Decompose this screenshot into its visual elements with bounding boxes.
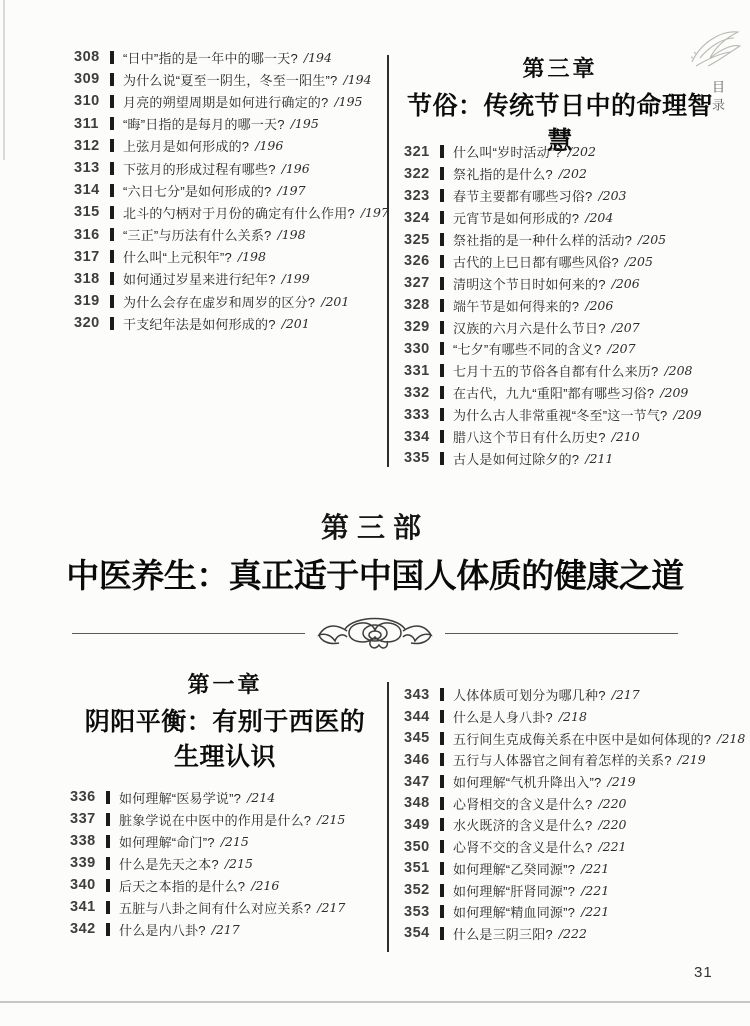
toc-item: 308 “日中”指的是一年中的哪一天? /194 [74, 46, 389, 68]
item-number: 330 [404, 341, 435, 357]
toc-item: 317 什么叫“上元积年”? /198 [74, 246, 389, 268]
item-number: 325 [404, 232, 435, 248]
item-page-ref: /201 [282, 316, 310, 331]
toc-item: 345 五行间生克成侮关系在中医中是如何体现的? /218 [404, 727, 745, 749]
toc-item: 349 水火既济的含义是什么? /220 [404, 814, 745, 836]
item-number: 342 [70, 921, 101, 937]
item-question: 五行与人体器官之间有着怎样的关系? [453, 750, 672, 769]
toc-item: 336 如何理解“医易学说”? /214 [70, 786, 345, 808]
separator-bar-icon [440, 167, 444, 180]
toc-item: 353 如何理解“精血同源”? /221 [404, 901, 745, 923]
item-page-ref: /199 [282, 271, 310, 286]
toc-item: 311 “晦”日指的是每月的哪一天? /195 [74, 113, 389, 135]
item-page-ref: /217 [612, 687, 640, 702]
item-number: 347 [404, 774, 435, 790]
item-question: 月亮的朔望周期是如何进行确定的? [123, 92, 328, 111]
toc-item: 320 干支纪年法是如何形成的? /201 [74, 312, 389, 334]
item-question: 后天之本指的是什么? [119, 876, 245, 895]
toc-item: 352 如何理解“肝肾同源”? /221 [404, 879, 745, 901]
separator-bar-icon [110, 139, 114, 152]
toc-item: 354 什么是三阴三阳? /222 [404, 923, 745, 945]
item-page-ref: /221 [581, 861, 609, 876]
item-number: 308 [74, 49, 105, 65]
separator-bar-icon [440, 797, 444, 810]
item-page-ref: /217 [212, 922, 240, 937]
item-page-ref: /195 [291, 116, 319, 131]
item-question: 什么是人身八卦? [453, 707, 553, 726]
separator-bar-icon [106, 835, 110, 848]
item-number: 318 [74, 271, 105, 287]
toc-item: 321 什么叫“岁时活动”? /202 [404, 141, 702, 163]
item-question: 如何理解“肝肾同源”? [453, 881, 575, 900]
separator-bar-icon [440, 710, 444, 723]
item-number: 309 [74, 71, 105, 87]
item-number: 323 [404, 188, 435, 204]
item-page-ref: /206 [612, 276, 640, 291]
item-question: 如何理解“气机升降出入”? [453, 772, 602, 791]
item-page-ref: /201 [321, 294, 349, 309]
item-number: 341 [70, 899, 101, 915]
item-number: 326 [404, 253, 435, 269]
item-question: 什么是先天之本? [119, 854, 219, 873]
toc-item: 344 什么是人身八卦? /218 [404, 706, 745, 728]
item-number: 317 [74, 249, 105, 265]
chapter3-number: 第三章 [395, 52, 725, 83]
item-question: 北斗的勺柄对于月份的确定有什么作用? [123, 203, 355, 222]
separator-bar-icon [106, 791, 110, 804]
toc-item: 329 汉族的六月六是什么节日? /207 [404, 316, 702, 338]
item-question: 心肾不交的含义是什么? [453, 837, 592, 856]
item-question: 七月十五的节俗各自都有什么来历? [453, 361, 658, 380]
toc-list-336-342: 336 如何理解“医易学说”? /214 337 脏象学说在中医中的作用是什么?… [70, 786, 345, 940]
separator-bar-icon [110, 228, 114, 241]
separator-bar-icon [110, 117, 114, 130]
item-question: “六日七分”是如何形成的? [123, 181, 272, 200]
toc-item: 335 古人是如何过除夕的? /211 [404, 447, 702, 469]
toc-item: 316 “三正”与历法有什么关系? /198 [74, 224, 389, 246]
item-question: 为什么说“夏至一阴生，冬至一阳生”? [123, 70, 338, 89]
separator-bar-icon [440, 452, 444, 465]
part3-title: 中医养生：真正适于中国人体质的健康之道 [0, 550, 750, 597]
toc-item: 331 七月十五的节俗各自都有什么来历? /208 [404, 360, 702, 382]
toc-item: 347 如何理解“气机升降出入”? /219 [404, 771, 745, 793]
separator-bar-icon [110, 73, 114, 86]
item-question: 什么叫“岁时活动”? [453, 142, 562, 161]
separator-bar-icon [440, 386, 444, 399]
item-page-ref: /197 [361, 205, 389, 220]
item-page-ref: /198 [278, 227, 306, 242]
item-page-ref: /202 [568, 144, 596, 159]
item-number: 321 [404, 144, 435, 160]
item-number: 312 [74, 138, 105, 154]
separator-bar-icon [440, 884, 444, 897]
item-question: 清明这个节日时如何来的? [453, 274, 606, 293]
item-number: 340 [70, 877, 101, 893]
separator-bar-icon [106, 879, 110, 892]
divider-line-right [445, 633, 678, 634]
toc-item: 332 在古代，九九“重阳”都有哪些习俗? /209 [404, 382, 702, 404]
toc-item: 330 “七夕”有哪些不同的含义? /207 [404, 338, 702, 360]
item-question: 如何通过岁星来进行纪年? [123, 269, 276, 288]
toc-item: 338 如何理解“命门”? /215 [70, 830, 345, 852]
item-page-ref: /215 [317, 812, 345, 827]
item-page-ref: /220 [598, 796, 626, 811]
item-page-ref: /196 [282, 161, 310, 176]
item-page-ref: /210 [612, 429, 640, 444]
item-number: 320 [74, 315, 105, 331]
separator-bar-icon [440, 408, 444, 421]
separator-bar-icon [110, 95, 114, 108]
item-page-ref: /220 [598, 817, 626, 832]
item-number: 311 [74, 116, 105, 132]
separator-bar-icon [440, 233, 444, 246]
item-question: 春节主要都有哪些习俗? [453, 186, 592, 205]
separator-bar-icon [110, 295, 114, 308]
item-question: 如何理解“精血同源”? [453, 902, 575, 921]
item-question: 腊八这个节日有什么历史? [453, 427, 606, 446]
item-page-ref: /194 [304, 50, 332, 65]
separator-bar-icon [440, 688, 444, 701]
item-number: 337 [70, 811, 101, 827]
toc-item: 324 元宵节是如何形成的? /204 [404, 207, 702, 229]
separator-bar-icon [440, 189, 444, 202]
item-page-ref: /207 [608, 341, 636, 356]
separator-bar-icon [110, 272, 114, 285]
toc-item: 315 北斗的勺柄对于月份的确定有什么作用? /197 [74, 201, 389, 223]
item-page-ref: /214 [247, 790, 275, 805]
knot-ornament-icon [311, 611, 439, 655]
separator-bar-icon [440, 211, 444, 224]
item-question: “日中”指的是一年中的哪一天? [123, 48, 298, 67]
toc-item: 319 为什么会存在虚岁和周岁的区分? /201 [74, 290, 389, 312]
separator-bar-icon [110, 250, 114, 263]
ornament-divider [72, 610, 678, 656]
item-number: 345 [404, 730, 435, 746]
item-page-ref: /206 [585, 298, 613, 313]
toc-item: 342 什么是内八卦? /217 [70, 918, 345, 940]
divider-line-left [72, 633, 305, 634]
item-question: 古人是如何过除夕的? [453, 449, 579, 468]
toc-item: 333 为什么古人非常重视“冬至”这一节气? /209 [404, 404, 702, 426]
item-page-ref: /219 [678, 752, 706, 767]
item-number: 310 [74, 93, 105, 109]
item-number: 338 [70, 833, 101, 849]
toc-item: 348 心肾相交的含义是什么? /220 [404, 792, 745, 814]
item-number: 315 [74, 204, 105, 220]
toc-item: 346 五行与人体器官之间有着怎样的关系? /219 [404, 749, 745, 771]
item-number: 346 [404, 752, 435, 768]
item-page-ref: /202 [559, 166, 587, 181]
item-number: 329 [404, 319, 435, 335]
item-question: 五行间生克成侮关系在中医中是如何体现的? [453, 729, 711, 748]
toc-item: 322 祭礼指的是什么? /202 [404, 163, 702, 185]
item-number: 333 [404, 407, 435, 423]
item-question: 心肾相交的含义是什么? [453, 794, 592, 813]
item-number: 331 [404, 363, 435, 379]
item-page-ref: /219 [608, 774, 636, 789]
toc-item: 339 什么是先天之本? /215 [70, 852, 345, 874]
separator-bar-icon [440, 818, 444, 831]
item-page-ref: /198 [238, 249, 266, 264]
item-page-ref: /222 [559, 926, 587, 941]
separator-bar-icon [440, 840, 444, 853]
item-number: 352 [404, 882, 435, 898]
toc-item: 328 端午节是如何得来的? /206 [404, 294, 702, 316]
item-question: 脏象学说在中医中的作用是什么? [119, 810, 311, 829]
toc-item: 327 清明这个节日时如何来的? /206 [404, 272, 702, 294]
item-number: 354 [404, 925, 435, 941]
separator-bar-icon [106, 901, 110, 914]
item-question: 汉族的六月六是什么节日? [453, 318, 606, 337]
toc-item: 337 脏象学说在中医中的作用是什么? /215 [70, 808, 345, 830]
item-question: 干支纪年法是如何形成的? [123, 314, 276, 333]
chapter1-title-line1: 阴阳平衡：有别于西医的 [75, 705, 375, 740]
separator-bar-icon [440, 732, 444, 745]
item-page-ref: /205 [638, 232, 666, 247]
separator-bar-icon [110, 162, 114, 175]
item-number: 336 [70, 789, 101, 805]
toc-page: 目录 308 “日中”指的是一年中的哪一天? /194 309 为什么说“夏至一… [0, 0, 750, 1026]
toc-list-343-354: 343 人体体质可划分为哪几种? /217 344 什么是人身八卦? /218 … [404, 684, 745, 944]
toc-item: 318 如何通过岁星来进行纪年? /199 [74, 268, 389, 290]
item-page-ref: /204 [585, 210, 613, 225]
separator-bar-icon [440, 321, 444, 334]
item-question: 古代的上巳日都有哪些风俗? [453, 252, 619, 271]
item-number: 327 [404, 275, 435, 291]
item-page-ref: /194 [344, 72, 372, 87]
toc-item: 312 上弦月是如何形成的? /196 [74, 135, 389, 157]
item-page-ref: /209 [674, 407, 702, 422]
item-page-ref: /218 [717, 731, 745, 746]
item-question: 什么是三阴三阳? [453, 924, 553, 943]
item-question: 如何理解“医易学说”? [119, 788, 241, 807]
item-question: 为什么古人非常重视“冬至”这一节气? [453, 405, 668, 424]
item-number: 314 [74, 182, 105, 198]
item-question: 五脏与八卦之间有什么对应关系? [119, 898, 311, 917]
item-question: 为什么会存在虚岁和周岁的区分? [123, 292, 315, 311]
item-number: 351 [404, 860, 435, 876]
item-number: 328 [404, 297, 435, 313]
toc-item: 325 祭社指的是一种什么样的活动? /205 [404, 229, 702, 251]
toc-item: 309 为什么说“夏至一阴生，冬至一阳生”? /194 [74, 68, 389, 90]
item-question: 如何理解“命门”? [119, 832, 215, 851]
chapter1-header: 第一章 阴阳平衡：有别于西医的 生理认识 [75, 668, 375, 775]
item-question: 元宵节是如何形成的? [453, 208, 579, 227]
item-page-ref: /207 [612, 320, 640, 335]
item-number: 322 [404, 166, 435, 182]
item-question: 下弦月的形成过程有哪些? [123, 159, 276, 178]
item-question: “晦”日指的是每月的哪一天? [123, 114, 285, 133]
item-number: 350 [404, 839, 435, 855]
item-question: 在古代，九九“重阳”都有哪些习俗? [453, 383, 654, 402]
chapter1-number: 第一章 [75, 668, 375, 699]
separator-bar-icon [440, 277, 444, 290]
item-page-ref: /215 [221, 834, 249, 849]
item-page-ref: /221 [581, 904, 609, 919]
item-question: 上弦月是如何形成的? [123, 136, 249, 155]
chapter1-title-line2: 生理认识 [75, 740, 375, 775]
item-question: 如何理解“乙癸同源”? [453, 859, 575, 878]
separator-bar-icon [110, 317, 114, 330]
item-number: 335 [404, 450, 435, 466]
scan-edge-bottom [0, 1001, 750, 1003]
separator-bar-icon [440, 299, 444, 312]
item-question: 什么是内八卦? [119, 920, 206, 939]
item-page-ref: /195 [334, 94, 362, 109]
item-page-ref: /218 [559, 709, 587, 724]
separator-bar-icon [440, 342, 444, 355]
separator-bar-icon [106, 813, 110, 826]
toc-item: 334 腊八这个节日有什么历史? /210 [404, 426, 702, 448]
separator-bar-icon [440, 905, 444, 918]
item-number: 313 [74, 160, 105, 176]
item-page-ref: /217 [317, 900, 345, 915]
separator-bar-icon [110, 184, 114, 197]
column-divider-bottom [387, 682, 389, 952]
item-page-ref: /196 [255, 138, 283, 153]
item-number: 316 [74, 227, 105, 243]
toc-item: 326 古代的上巳日都有哪些风俗? /205 [404, 250, 702, 272]
part3-number: 第三部 [0, 506, 750, 546]
toc-list-321-335: 321 什么叫“岁时活动”? /202 322 祭礼指的是什么? /202 32… [404, 141, 702, 469]
item-question: 端午节是如何得来的? [453, 296, 579, 315]
separator-bar-icon [106, 923, 110, 936]
separator-bar-icon [440, 145, 444, 158]
item-page-ref: /221 [598, 839, 626, 854]
separator-bar-icon [440, 255, 444, 268]
toc-item: 310 月亮的朔望周期是如何进行确定的? /195 [74, 90, 389, 112]
item-page-ref: /209 [660, 385, 688, 400]
item-number: 349 [404, 817, 435, 833]
separator-bar-icon [440, 862, 444, 875]
item-page-ref: /203 [598, 188, 626, 203]
separator-bar-icon [110, 51, 114, 64]
item-number: 353 [404, 904, 435, 920]
toc-item: 314 “六日七分”是如何形成的? /197 [74, 179, 389, 201]
item-page-ref: /197 [278, 183, 306, 198]
item-question: 祭礼指的是什么? [453, 164, 553, 183]
item-page-ref: /205 [625, 254, 653, 269]
separator-bar-icon [440, 364, 444, 377]
item-question: 水火既济的含义是什么? [453, 815, 592, 834]
item-question: 祭社指的是一种什么样的活动? [453, 230, 632, 249]
item-page-ref: /208 [664, 363, 692, 378]
item-page-ref: /215 [225, 856, 253, 871]
separator-bar-icon [440, 775, 444, 788]
item-question: “三正”与历法有什么关系? [123, 225, 272, 244]
item-question: 人体体质可划分为哪几种? [453, 685, 606, 704]
item-number: 334 [404, 429, 435, 445]
toc-list-308-320: 308 “日中”指的是一年中的哪一天? /194 309 为什么说“夏至一阴生，… [74, 46, 389, 334]
toc-item: 323 春节主要都有哪些习俗? /203 [404, 185, 702, 207]
scan-edge-left [3, 0, 5, 160]
toc-item: 350 心肾不交的含义是什么? /221 [404, 836, 745, 858]
item-page-ref: /221 [581, 883, 609, 898]
item-question: 什么叫“上元积年”? [123, 247, 232, 266]
toc-item: 343 人体体质可划分为哪几种? /217 [404, 684, 745, 706]
toc-item: 340 后天之本指的是什么? /216 [70, 874, 345, 896]
separator-bar-icon [440, 927, 444, 940]
toc-item: 313 下弦月的形成过程有哪些? /196 [74, 157, 389, 179]
item-number: 319 [74, 293, 105, 309]
separator-bar-icon [106, 857, 110, 870]
item-question: “七夕”有哪些不同的含义? [453, 339, 602, 358]
item-page-ref: /216 [251, 878, 279, 893]
item-number: 348 [404, 795, 435, 811]
item-number: 332 [404, 385, 435, 401]
page-number: 31 [694, 964, 713, 981]
item-number: 344 [404, 709, 435, 725]
item-number: 339 [70, 855, 101, 871]
item-number: 324 [404, 210, 435, 226]
separator-bar-icon [440, 753, 444, 766]
item-number: 343 [404, 687, 435, 703]
separator-bar-icon [110, 206, 114, 219]
toc-item: 341 五脏与八卦之间有什么对应关系? /217 [70, 896, 345, 918]
separator-bar-icon [440, 430, 444, 443]
toc-item: 351 如何理解“乙癸同源”? /221 [404, 858, 745, 880]
item-page-ref: /211 [585, 451, 613, 466]
